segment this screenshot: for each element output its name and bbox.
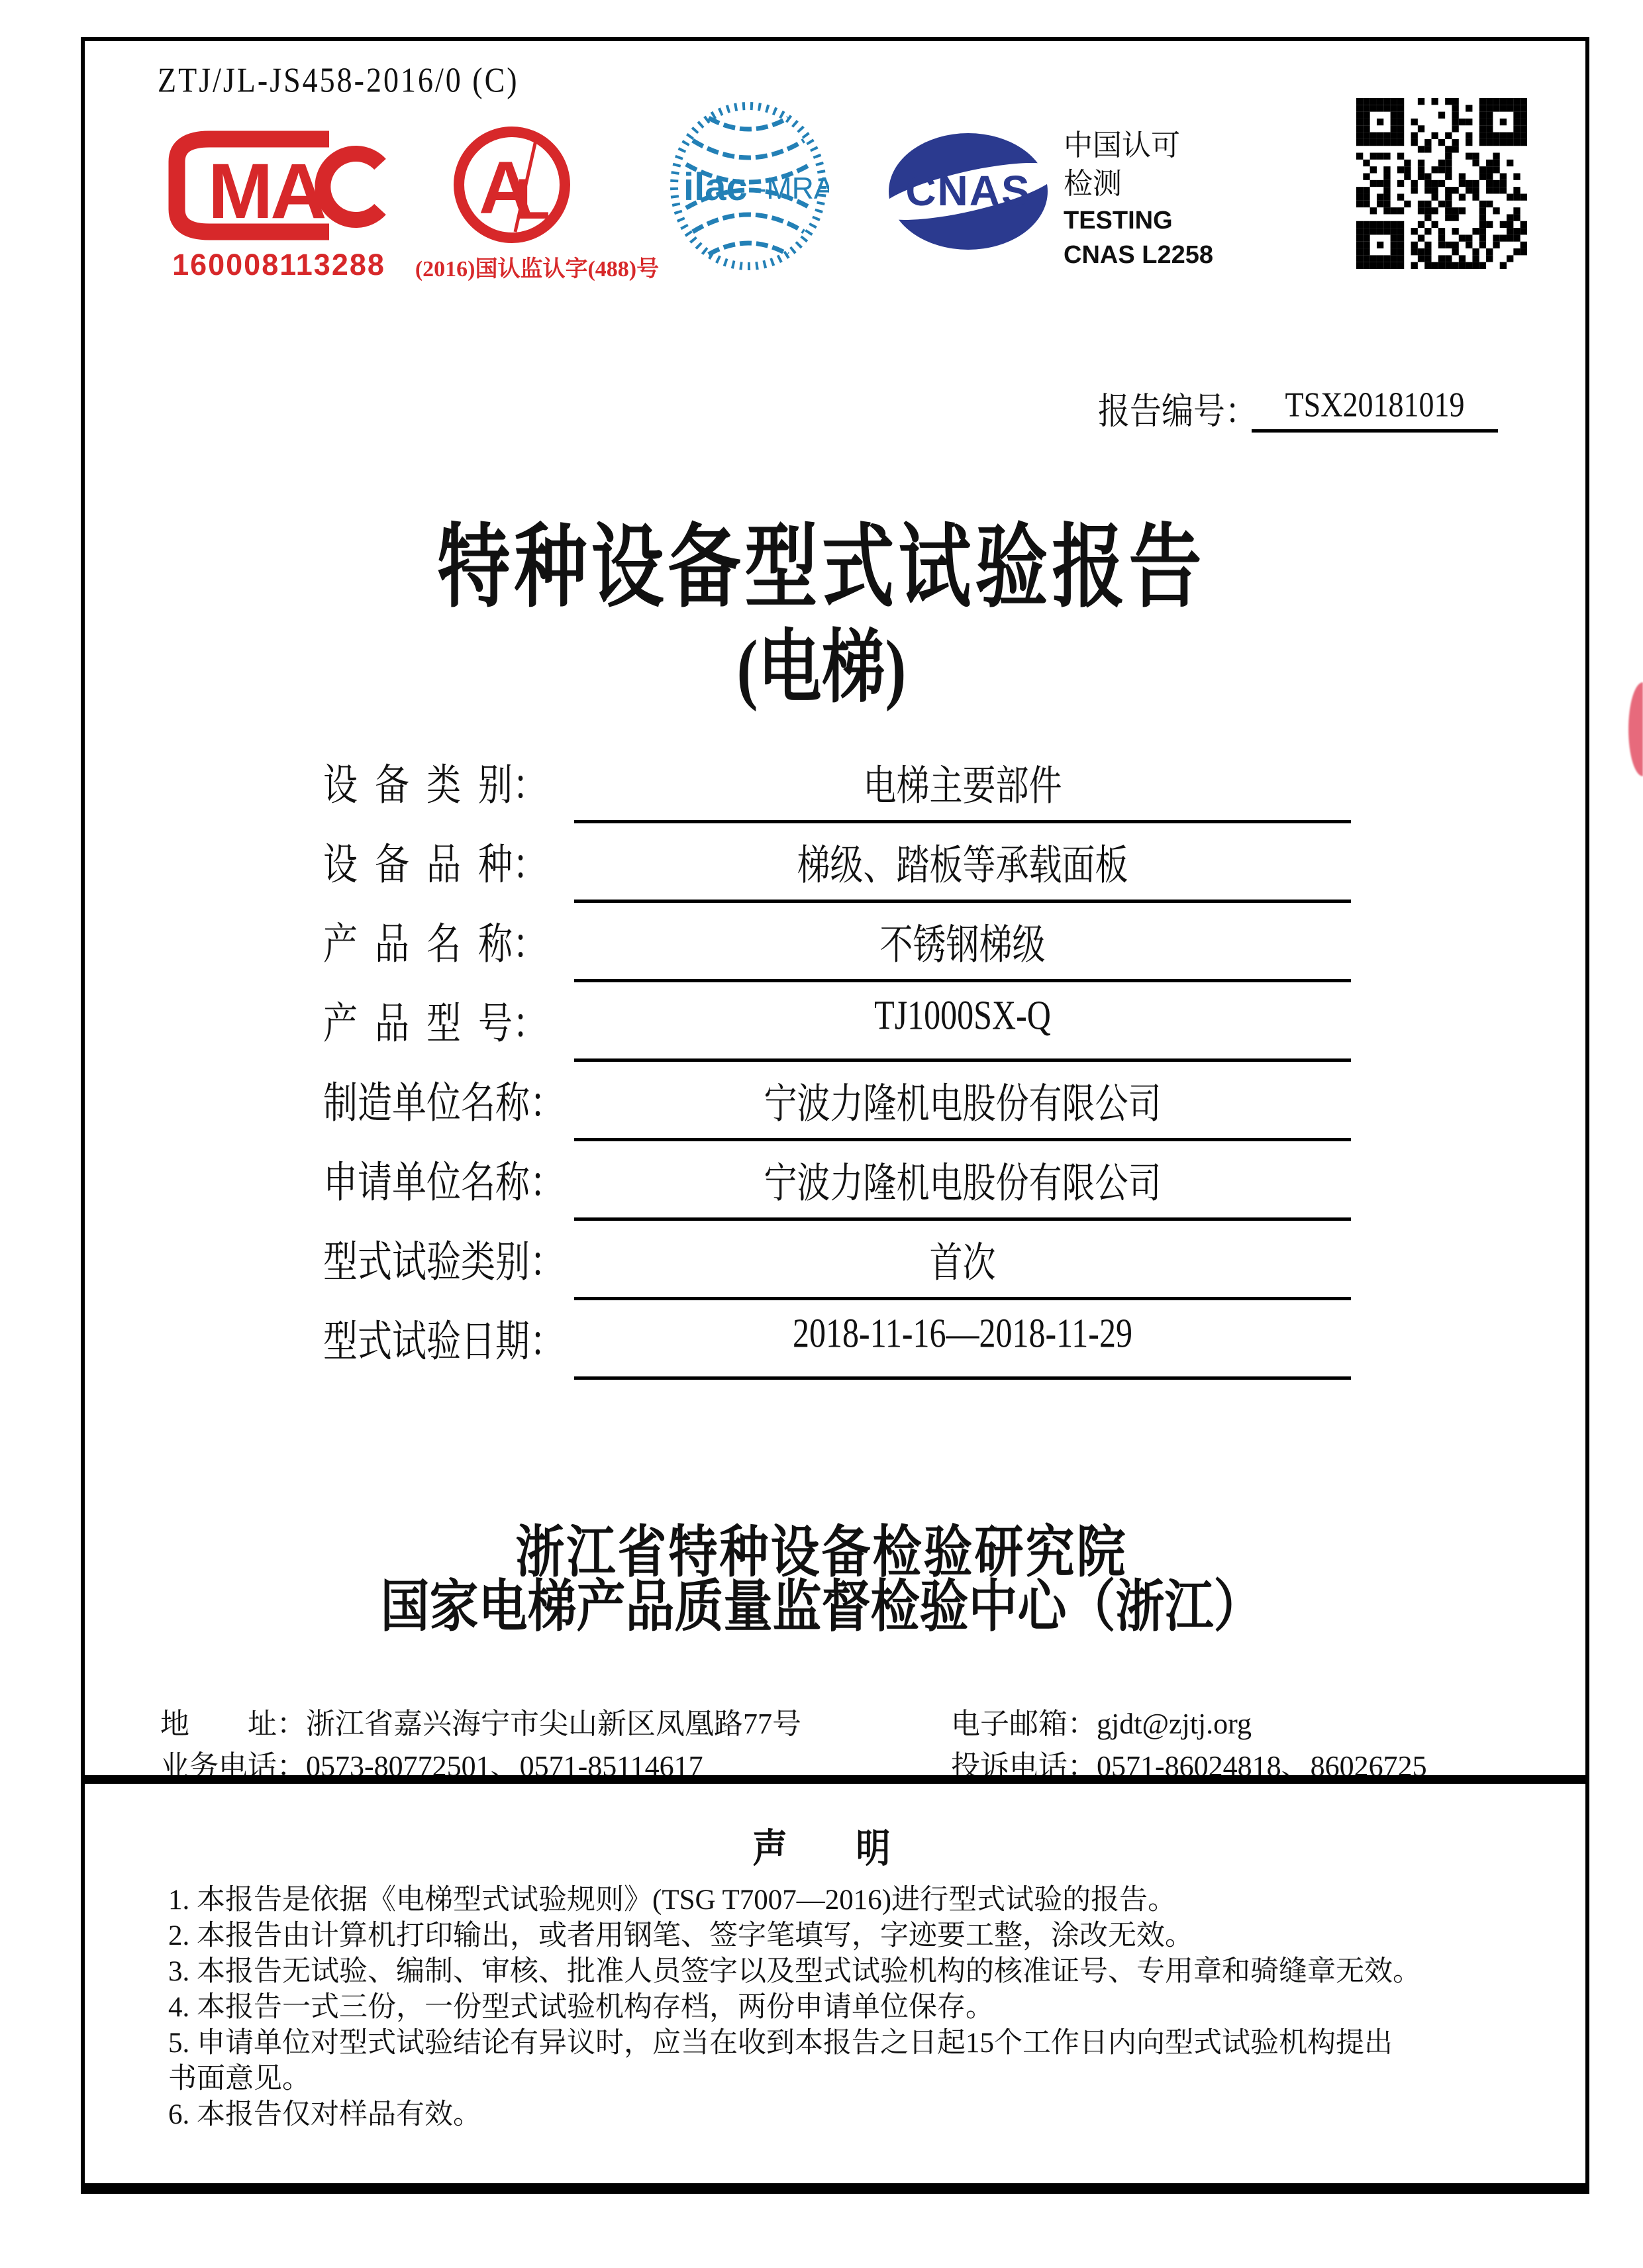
cnas-logo-icon: CNAS bbox=[885, 130, 1052, 253]
report-no-label: 报告编号： bbox=[1098, 382, 1257, 434]
ilac-word: ilac bbox=[683, 166, 748, 209]
report-cover-page: ZTJ/JL-JS458-2016/0 (C) MA 160008113288 … bbox=[0, 0, 1643, 2268]
statement-line: 4. 本报告一式三份，一份型式试验机构存档，两份申请单位保存。 bbox=[168, 1990, 1421, 2026]
cma-caption: 160008113288 bbox=[156, 248, 401, 282]
mra-word: -MRA bbox=[756, 171, 829, 205]
ilac-mra-logo-icon: ilac -MRA bbox=[668, 99, 829, 273]
page-subtitle: (电梯) bbox=[0, 604, 1643, 717]
field-value: 宁波力隆机电股份有限公司 bbox=[574, 1150, 1351, 1210]
statement-lines: 1. 本报告是依据《电梯型式试验规则》(TSG T7007—2016)进行型式试… bbox=[168, 1882, 1421, 2133]
report-no-value: TSX20181019 bbox=[1252, 384, 1498, 425]
cma-letters: MA bbox=[208, 148, 325, 235]
field-underline bbox=[574, 1217, 1351, 1221]
institution-line-2: 国家电梯产品质量监督检验中心（浙江） bbox=[0, 1562, 1643, 1643]
field-label: 产 品 名 称： bbox=[323, 909, 547, 971]
field-value: 2018-11-16—2018-11-29 bbox=[574, 1309, 1351, 1357]
field-label: 设 备 类 别： bbox=[323, 750, 547, 812]
field-label: 申请单位名称： bbox=[323, 1147, 564, 1210]
field-value: 电梯主要部件 bbox=[574, 752, 1351, 812]
field-label: 产 品 型 号： bbox=[323, 988, 547, 1051]
field-underline bbox=[574, 1297, 1351, 1300]
contact-email: 电子邮箱：gjdt@zjtj.org bbox=[951, 1700, 1252, 1742]
field-value: TJ1000SX-Q bbox=[574, 991, 1351, 1039]
field-underline bbox=[574, 1138, 1351, 1141]
field-value: 宁波力隆机电股份有限公司 bbox=[574, 1070, 1351, 1130]
statement-line: 2. 本报告由计算机打印输出，或者用钢笔、签字笔填写，字迹要工整，涂改无效。 bbox=[168, 1918, 1421, 1954]
statement-line: 1. 本报告是依据《电梯型式试验规则》(TSG T7007—2016)进行型式试… bbox=[168, 1882, 1421, 1918]
cal-caption: (2016)国认监认字(488)号 bbox=[401, 250, 673, 283]
statement-line: 书面意见。 bbox=[168, 2061, 1421, 2097]
cal-logo-icon: A L bbox=[442, 122, 581, 248]
cnas-text-block: 中国认可 检测 TESTING CNAS L2258 bbox=[1064, 131, 1213, 277]
field-label: 设 备 品 种： bbox=[323, 829, 547, 892]
statement-title: 声 明 bbox=[0, 1816, 1643, 1873]
cnas-text-line: 中国认可 bbox=[1064, 131, 1213, 160]
field-underline bbox=[574, 1376, 1351, 1380]
document-code: ZTJ/JL-JS458-2016/0 (C) bbox=[158, 60, 519, 100]
field-value: 首次 bbox=[574, 1229, 1351, 1289]
field-label: 制造单位名称： bbox=[323, 1068, 564, 1130]
statement-line: 3. 本报告无试验、编制、审核、批准人员签字以及型式试验机构的核准证号、专用章和… bbox=[168, 1954, 1421, 1990]
cnas-letters: CNAS bbox=[905, 167, 1030, 215]
report-no-underline bbox=[1252, 429, 1498, 433]
field-underline bbox=[574, 900, 1351, 903]
cnas-text-line: CNAS L2258 bbox=[1064, 242, 1213, 268]
field-label: 型式试验日期： bbox=[323, 1306, 564, 1368]
statement-line: 6. 本报告仅对样品有效。 bbox=[168, 2097, 1421, 2133]
cal-letter-l: L bbox=[515, 168, 550, 231]
field-underline bbox=[574, 820, 1351, 823]
statement-line: 5. 申请单位对型式试验结论有异议时，应当在收到本报告之日起15个工作日内向型式… bbox=[168, 2026, 1421, 2061]
field-underline bbox=[574, 979, 1351, 982]
field-label: 型式试验类别： bbox=[323, 1227, 564, 1289]
cnas-text-line: TESTING bbox=[1064, 208, 1213, 233]
field-value: 梯级、踏板等承载面板 bbox=[574, 832, 1351, 892]
cnas-text-line: 检测 bbox=[1064, 170, 1213, 199]
contact-address: 地 址：浙江省嘉兴海宁市尖山新区凤凰路77号 bbox=[160, 1700, 801, 1742]
qr-code-icon bbox=[1356, 98, 1527, 269]
cma-logo-icon: MA bbox=[167, 130, 389, 241]
field-underline bbox=[574, 1058, 1351, 1062]
field-value: 不锈钢梯级 bbox=[574, 911, 1351, 971]
statement-divider bbox=[81, 1775, 1589, 1784]
